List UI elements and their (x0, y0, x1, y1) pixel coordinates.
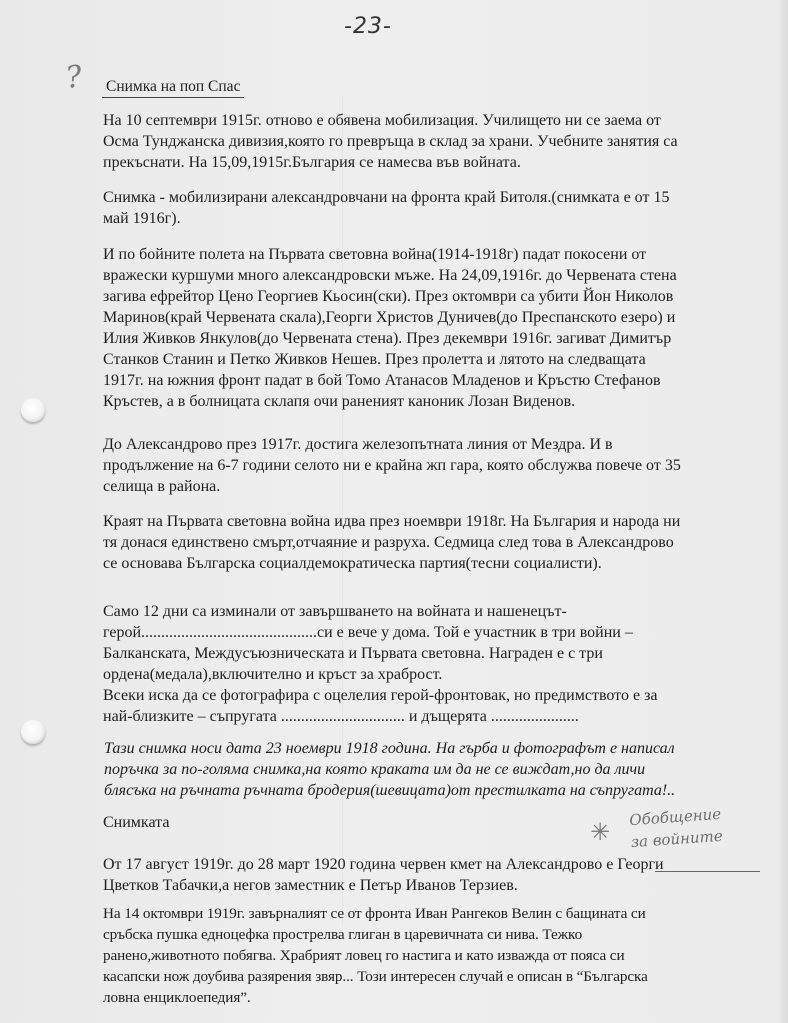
photo-caption-heading: Снимка на поп Спас (102, 78, 244, 98)
punch-hole-bottom (21, 720, 45, 744)
handwritten-underline (655, 871, 760, 872)
paragraph-returning-hero: Само 12 дни са изминали от завършването … (103, 601, 683, 685)
paragraph-fallen-soldiers: И по бойните полета на Първата световна … (103, 244, 683, 412)
paragraph-boar-hunt: На 14 октомври 1919г. завърналият се от … (103, 903, 683, 1008)
handwritten-margin-note: Обобщение за войните (629, 803, 724, 853)
handwritten-asterisk-icon: ✳ (590, 818, 610, 846)
handwritten-question-mark: ? (64, 59, 85, 96)
paragraph-railway: До Александрово през 1917г. достига желе… (103, 434, 683, 497)
paragraph-photo-bitola: Снимка - мобилизирани александровчани на… (103, 187, 683, 229)
paragraph-war-end: Краят на Първата световна война идва пре… (103, 511, 683, 574)
paragraph-photo-date: Тази снимка носи дата 23 ноември 1918 го… (104, 738, 684, 801)
paragraph-red-mayor: От 17 август 1919г. до 28 март 1920 годи… (103, 854, 683, 896)
paragraph-family-photo: Всеки иска да се фотографира с оцелелия … (103, 685, 683, 727)
page-number: -23- (344, 14, 392, 39)
scanned-page: -23- ? Снимка на поп Спас На 10 септемвр… (0, 0, 788, 1023)
page-edge-shadow (780, 0, 788, 1023)
punch-hole-top (21, 398, 45, 422)
paragraph-mobilization-1915: На 10 септември 1915г. отново е обявена … (103, 110, 683, 173)
